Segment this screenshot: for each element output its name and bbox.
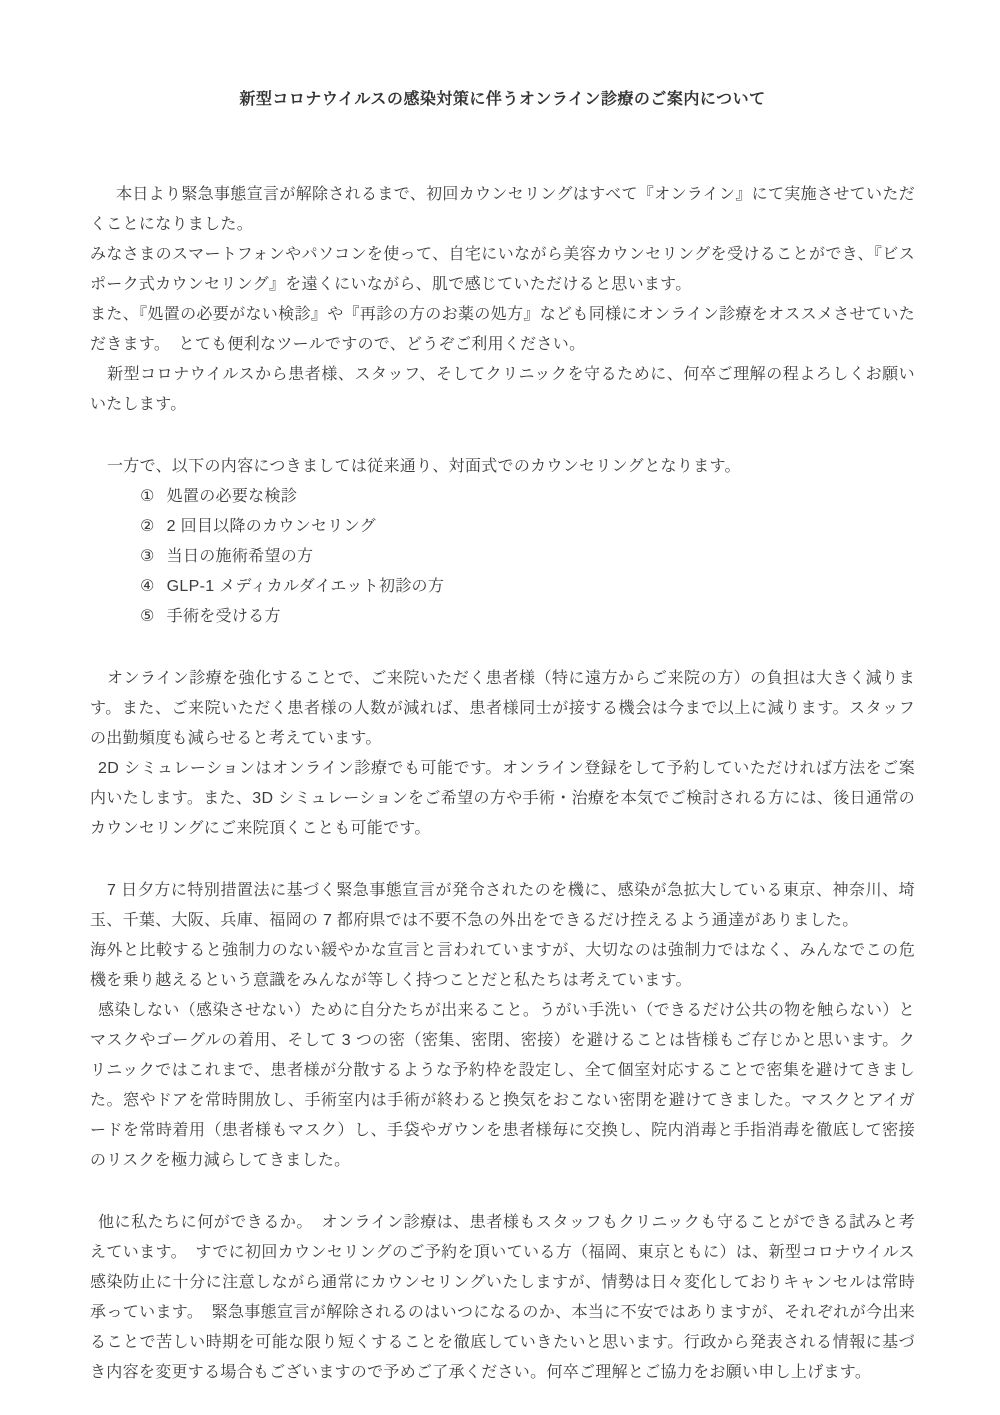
paragraph-infection-prevention: 感染しない（感染させない）ために自分たちが出来ること。うがい手洗い（できるだけ公… <box>90 996 915 1176</box>
list-item-5-text: 手術を受ける方 <box>167 608 281 625</box>
paragraph-face-to-face-intro: 一方で、以下の内容につきましては従来通り、対面式でのカウンセリングとなります。 <box>90 452 915 482</box>
paragraph-smartphone-counseling: みなさまのスマートフォンやパソコンを使って、自宅にいながら美容カウンセリングを受… <box>90 240 915 300</box>
circled-number-5: ⑤ <box>140 602 155 632</box>
list-item-3-text: 当日の施術希望の方 <box>167 548 314 565</box>
document-body: 本日より緊急事態宣言が解除されるまで、初回カウンセリングはすべて『オンライン』に… <box>90 180 915 1388</box>
document-page: 新型コロナウイルスの感染対策に伴うオンライン診療のご案内について 本日より緊急事… <box>0 0 1000 1415</box>
circled-number-2: ② <box>140 512 155 542</box>
paragraph-closing-request: 他に私たちに何ができるか。 オンライン診療は、患者様もスタッフもクリニックも守る… <box>90 1208 915 1388</box>
paragraph-2d-3d-simulation: 2D シミュレーションはオンライン診療でも可能です。オンライン登録をして予約して… <box>90 754 915 844</box>
list-item-3: ③当日の施術希望の方 <box>140 542 915 572</box>
paragraph-online-counseling-notice: 本日より緊急事態宣言が解除されるまで、初回カウンセリングはすべて『オンライン』に… <box>90 180 915 240</box>
paragraph-online-benefits: オンライン診療を強化することで、ご来院いただく患者様（特に遠方からご来院の方）の… <box>90 664 915 754</box>
paragraph-overseas-comparison: 海外と比較すると強制力のない緩やかな宣言と言われていますが、大切なのは強制力では… <box>90 936 915 996</box>
circled-number-1: ① <box>140 482 155 512</box>
document-title: 新型コロナウイルスの感染対策に伴うオンライン診療のご案内について <box>90 88 915 112</box>
paragraph-protect-request: 新型コロナウイルスから患者様、スタッフ、そしてクリニックを守るために、何卒ご理解… <box>90 360 915 420</box>
list-item-1-text: 処置の必要な検診 <box>167 488 297 505</box>
circled-number-3: ③ <box>140 542 155 572</box>
list-item-5: ⑤手術を受ける方 <box>140 602 915 632</box>
list-item-2-text: 2 回目以降のカウンセリング <box>167 518 376 535</box>
list-item-2: ②2 回目以降のカウンセリング <box>140 512 915 542</box>
list-item-4-text: GLP-1 メディカルダイエット初診の方 <box>167 578 445 595</box>
paragraph-online-recommend: また、『処置の必要がない検診』や『再診の方のお薬の処方』なども同様にオンライン診… <box>90 300 915 360</box>
face-to-face-list: ①処置の必要な検診 ②2 回目以降のカウンセリング ③当日の施術希望の方 ④GL… <box>90 482 915 632</box>
circled-number-4: ④ <box>140 572 155 602</box>
paragraph-emergency-declaration: 7 日夕方に特別措置法に基づく緊急事態宣言が発令されたのを機に、感染が急拡大して… <box>90 876 915 936</box>
list-item-4: ④GLP-1 メディカルダイエット初診の方 <box>140 572 915 602</box>
list-item-1: ①処置の必要な検診 <box>140 482 915 512</box>
